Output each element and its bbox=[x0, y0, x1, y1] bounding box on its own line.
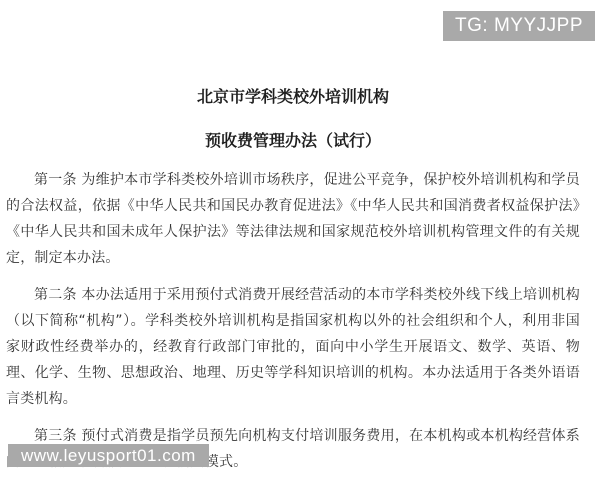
paragraph-article-2: 第二条 本办法适用于采用预付式消费开展经营活动的本市学科类校外线下线上培训机构（… bbox=[6, 282, 580, 412]
document-page: TG: MYYJJPP 北京市学科类校外培训机构 预收费管理办法（试行） 第一条… bbox=[0, 0, 600, 480]
document-body: 北京市学科类校外培训机构 预收费管理办法（试行） 第一条 为维护本市学科类校外培… bbox=[6, 88, 580, 480]
telegram-watermark-badge: TG: MYYJJPP bbox=[443, 11, 595, 41]
website-watermark-badge: www.leyusport01.com bbox=[8, 444, 209, 467]
document-subtitle: 预收费管理办法（试行） bbox=[6, 132, 580, 150]
paragraph-article-1: 第一条 为维护本市学科类校外培训市场秩序，促进公平竞争，保护校外培训机构和学员的… bbox=[6, 167, 580, 271]
document-title: 北京市学科类校外培训机构 bbox=[6, 88, 580, 106]
document-content: 第一条 为维护本市学科类校外培训市场秩序，促进公平竞争，保护校外培训机构和学员的… bbox=[6, 167, 580, 475]
